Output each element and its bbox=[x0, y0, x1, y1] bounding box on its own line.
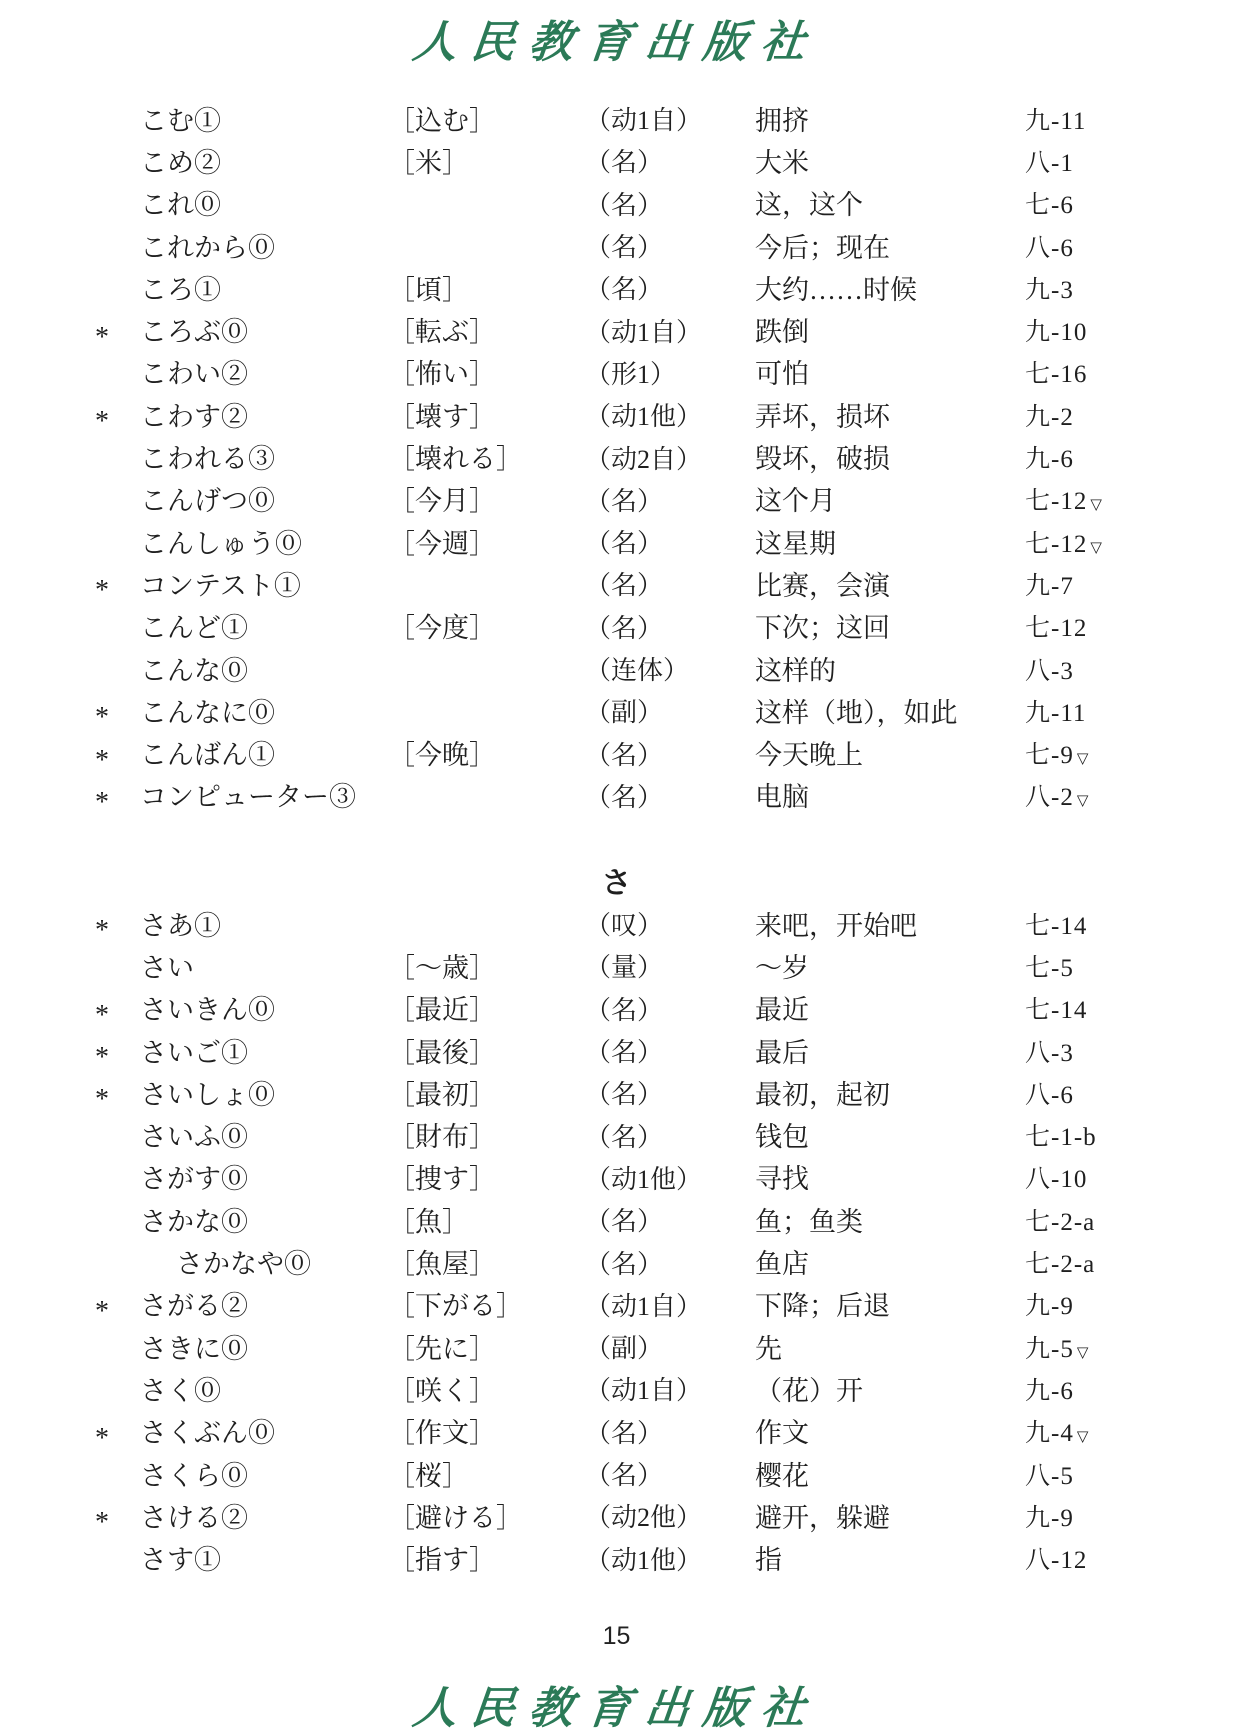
lesson-reference: 七-12 bbox=[1025, 616, 1233, 641]
part-of-speech: （副） bbox=[585, 1336, 755, 1362]
section-header-sa: さ bbox=[0, 819, 1233, 905]
star-marker: * bbox=[95, 1086, 140, 1114]
lesson-reference: 八-2▽ bbox=[1025, 785, 1233, 810]
part-of-speech: （动1自） bbox=[585, 320, 755, 346]
meaning-chinese: 来吧，开始吧 bbox=[755, 913, 1025, 940]
word-kana: ころぶ⓪ bbox=[140, 319, 388, 346]
word-kana: さく⓪ bbox=[140, 1378, 388, 1405]
word-kana: さいしょ⓪ bbox=[140, 1082, 388, 1109]
lesson-reference-text: 七-2-a bbox=[1025, 1251, 1095, 1278]
word-kanji: ［先に］ bbox=[388, 1336, 585, 1363]
vocab-row: * さくぶん⓪ ［作文］ （名） 作文 九-4▽ bbox=[0, 1413, 1233, 1455]
vocab-row: さす① ［指す］ （动1他） 指 八-12 bbox=[0, 1539, 1233, 1581]
lesson-reference: 九-6 bbox=[1025, 1379, 1233, 1404]
vocab-row: さかなや⓪ ［魚屋］ （名） 鱼店 七-2-a bbox=[0, 1243, 1233, 1285]
meaning-chinese: 樱花 bbox=[755, 1463, 1025, 1490]
lesson-reference-text: 七-12 bbox=[1025, 531, 1087, 558]
part-of-speech: （名） bbox=[585, 1252, 755, 1278]
meaning-chinese: 弄坏，损坏 bbox=[755, 404, 1025, 431]
meaning-chinese: 最初，起初 bbox=[755, 1082, 1025, 1109]
part-of-speech: （副） bbox=[585, 700, 755, 726]
part-of-speech: （名） bbox=[585, 277, 755, 303]
triangle-mark: ▽ bbox=[1077, 1429, 1090, 1445]
word-kana: こわい② bbox=[140, 361, 388, 388]
word-kana: こんしゅう⓪ bbox=[140, 531, 388, 558]
triangle-mark: ▽ bbox=[1077, 751, 1090, 767]
meaning-chinese: 作文 bbox=[755, 1420, 1025, 1447]
lesson-reference-text: 八-3 bbox=[1025, 1040, 1074, 1067]
triangle-mark: ▽ bbox=[1077, 793, 1090, 809]
triangle-mark: ▽ bbox=[1090, 497, 1103, 513]
word-kana: さあ① bbox=[140, 913, 388, 940]
meaning-chinese: 下降；后退 bbox=[755, 1293, 1025, 1320]
word-kana: さくぶん⓪ bbox=[140, 1420, 388, 1447]
part-of-speech: （叹） bbox=[585, 913, 755, 939]
lesson-reference: 八-3 bbox=[1025, 659, 1233, 684]
part-of-speech: （动1他） bbox=[585, 1167, 755, 1193]
lesson-reference-text: 九-11 bbox=[1025, 108, 1086, 135]
vocab-row: * さあ① （叹） 来吧，开始吧 七-14 bbox=[0, 905, 1233, 947]
vocab-row: これから⓪ （名） 今后；现在 八-6 bbox=[0, 227, 1233, 269]
lesson-reference: 七-2-a bbox=[1025, 1252, 1233, 1277]
page-number: 15 bbox=[0, 1622, 1233, 1651]
triangle-mark: ▽ bbox=[1077, 1345, 1090, 1361]
word-kanji: ［財布］ bbox=[388, 1124, 585, 1151]
meaning-chinese: 鱼；鱼类 bbox=[755, 1209, 1025, 1236]
vocab-table-ko-section: こむ① ［込む］ （动1自） 拥挤 九-11 こめ② ［米］ （名） 大米 八-… bbox=[0, 100, 1233, 819]
part-of-speech: （动1自） bbox=[585, 108, 755, 134]
word-kanji: ［下がる］ bbox=[388, 1293, 585, 1320]
word-kana: さかな⓪ bbox=[140, 1209, 388, 1236]
word-kana: さがす⓪ bbox=[140, 1166, 388, 1193]
lesson-reference: 七-12▽ bbox=[1025, 532, 1233, 557]
meaning-chinese: 这样（地），如此 bbox=[755, 700, 1025, 727]
part-of-speech: （名） bbox=[585, 193, 755, 219]
meaning-chinese: 电脑 bbox=[755, 784, 1025, 811]
meaning-chinese: 鱼店 bbox=[755, 1251, 1025, 1278]
vocab-row: * こんばん① ［今晚］ （名） 今天晚上 七-9▽ bbox=[0, 734, 1233, 776]
vocab-row: こむ① ［込む］ （动1自） 拥挤 九-11 bbox=[0, 100, 1233, 142]
word-kana: こんなに⓪ bbox=[140, 700, 388, 727]
lesson-reference-text: 八-10 bbox=[1025, 1166, 1087, 1193]
vocab-row: こんしゅう⓪ ［今週］ （名） 这星期 七-12▽ bbox=[0, 523, 1233, 565]
lesson-reference-text: 九-9 bbox=[1025, 1505, 1074, 1532]
star-marker: * bbox=[95, 324, 140, 352]
lesson-reference-text: 八-5 bbox=[1025, 1463, 1074, 1490]
lesson-reference: 七-6 bbox=[1025, 193, 1233, 218]
word-kana: こんど① bbox=[140, 615, 388, 642]
vocab-row: * さける② ［避ける］ （动2他） 避开，躲避 九-9 bbox=[0, 1497, 1233, 1539]
lesson-reference: 七-14 bbox=[1025, 914, 1233, 939]
meaning-chinese: 这，这个 bbox=[755, 192, 1025, 219]
star-marker: * bbox=[95, 789, 140, 817]
meaning-chinese: 这星期 bbox=[755, 531, 1025, 558]
word-kanji: ［捜す］ bbox=[388, 1166, 585, 1193]
part-of-speech: （名） bbox=[585, 531, 755, 557]
word-kana: さいふ⓪ bbox=[140, 1124, 388, 1151]
star-marker: * bbox=[95, 577, 140, 605]
word-kanji: ［最後］ bbox=[388, 1040, 585, 1067]
word-kanji: ［壊す］ bbox=[388, 404, 585, 431]
lesson-reference-text: 九-7 bbox=[1025, 573, 1074, 600]
lesson-reference: 八-6 bbox=[1025, 1083, 1233, 1108]
part-of-speech: （动2自） bbox=[585, 447, 755, 473]
vocab-row: * さいご① ［最後］ （名） 最后 八-3 bbox=[0, 1032, 1233, 1074]
vocab-row: * コンピューター③ （名） 电脑 八-2▽ bbox=[0, 777, 1233, 819]
word-kana: さかなや⓪ bbox=[140, 1251, 388, 1278]
lesson-reference: 八-12 bbox=[1025, 1548, 1233, 1573]
lesson-reference-text: 七-12 bbox=[1025, 488, 1087, 515]
word-kana: こわす② bbox=[140, 404, 388, 431]
star-marker: * bbox=[95, 747, 140, 775]
lesson-reference: 九-2 bbox=[1025, 405, 1233, 430]
lesson-reference-text: 九-2 bbox=[1025, 404, 1074, 431]
word-kana: こんばん① bbox=[140, 742, 388, 769]
lesson-reference-text: 九-11 bbox=[1025, 700, 1086, 727]
section-header-label: さ bbox=[602, 863, 632, 905]
meaning-chinese: 先 bbox=[755, 1336, 1025, 1363]
lesson-reference-text: 八-12 bbox=[1025, 1547, 1087, 1574]
meaning-chinese: 毁坏，破损 bbox=[755, 446, 1025, 473]
meaning-chinese: （花）开 bbox=[755, 1378, 1025, 1405]
vocab-row: さい ［～歳］ （量） ～岁 七-5 bbox=[0, 947, 1233, 989]
word-kanji: ［今月］ bbox=[388, 488, 585, 515]
lesson-reference: 七-16 bbox=[1025, 362, 1233, 387]
word-kanji: ［作文］ bbox=[388, 1420, 585, 1447]
word-kanji: ［転ぶ］ bbox=[388, 319, 585, 346]
vocab-row: さくら⓪ ［桜］ （名） 樱花 八-5 bbox=[0, 1455, 1233, 1497]
lesson-reference: 九-11 bbox=[1025, 701, 1233, 726]
part-of-speech: （名） bbox=[585, 1463, 755, 1489]
part-of-speech: （名） bbox=[585, 1125, 755, 1151]
lesson-reference: 九-10 bbox=[1025, 320, 1233, 345]
meaning-chinese: 可怕 bbox=[755, 361, 1025, 388]
meaning-chinese: 大约……时候 bbox=[755, 277, 1025, 304]
word-kana: こんな⓪ bbox=[140, 658, 388, 685]
lesson-reference: 七-14 bbox=[1025, 998, 1233, 1023]
lesson-reference-text: 七-2-a bbox=[1025, 1209, 1095, 1236]
lesson-reference-text: 九-6 bbox=[1025, 446, 1074, 473]
lesson-reference-text: 七-6 bbox=[1025, 192, 1074, 219]
word-kanji: ［今度］ bbox=[388, 615, 585, 642]
lesson-reference-text: 九-3 bbox=[1025, 277, 1074, 304]
vocab-row: こんな⓪ （连体） 这样的 八-3 bbox=[0, 650, 1233, 692]
word-kana: さくら⓪ bbox=[140, 1463, 388, 1490]
part-of-speech: （名） bbox=[585, 489, 755, 515]
meaning-chinese: 这样的 bbox=[755, 658, 1025, 685]
word-kana: コンピューター③ bbox=[140, 784, 388, 811]
word-kana: こめ② bbox=[140, 150, 388, 177]
word-kanji: ［最近］ bbox=[388, 997, 585, 1024]
lesson-reference: 九-4▽ bbox=[1025, 1421, 1233, 1446]
lesson-reference-text: 七-9 bbox=[1025, 742, 1074, 769]
word-kana: さいご① bbox=[140, 1040, 388, 1067]
meaning-chinese: 最近 bbox=[755, 997, 1025, 1024]
lesson-reference: 九-9 bbox=[1025, 1506, 1233, 1531]
lesson-reference-text: 七-14 bbox=[1025, 997, 1087, 1024]
word-kanji: ［頃］ bbox=[388, 277, 585, 304]
word-kana: こんげつ⓪ bbox=[140, 488, 388, 515]
star-marker: * bbox=[95, 1298, 140, 1326]
star-marker: * bbox=[95, 1044, 140, 1072]
lesson-reference: 九-7 bbox=[1025, 574, 1233, 599]
lesson-reference: 七-12▽ bbox=[1025, 489, 1233, 514]
word-kanji: ［咲く］ bbox=[388, 1378, 585, 1405]
vocab-row: こわい② ［怖い］ （形1） 可怕 七-16 bbox=[0, 354, 1233, 396]
lesson-reference: 九-3 bbox=[1025, 278, 1233, 303]
lesson-reference-text: 八-2 bbox=[1025, 784, 1074, 811]
part-of-speech: （名） bbox=[585, 1421, 755, 1447]
lesson-reference: 九-11 bbox=[1025, 109, 1233, 134]
word-kana: さいきん⓪ bbox=[140, 997, 388, 1024]
lesson-reference: 九-6 bbox=[1025, 447, 1233, 472]
lesson-reference-text: 八-3 bbox=[1025, 658, 1074, 685]
publisher-logo-bottom: 人民教育出版社 bbox=[0, 1672, 1233, 1736]
lesson-reference: 七-5 bbox=[1025, 956, 1233, 981]
part-of-speech: （动1他） bbox=[585, 1548, 755, 1574]
vocab-row: * さいきん⓪ ［最近］ （名） 最近 七-14 bbox=[0, 990, 1233, 1032]
meaning-chinese: 大米 bbox=[755, 150, 1025, 177]
part-of-speech: （形1） bbox=[585, 362, 755, 388]
lesson-reference-text: 七-16 bbox=[1025, 361, 1087, 388]
lesson-reference: 七-2-a bbox=[1025, 1210, 1233, 1235]
part-of-speech: （量） bbox=[585, 955, 755, 981]
meaning-chinese: 跌倒 bbox=[755, 319, 1025, 346]
word-kana: これから⓪ bbox=[140, 235, 388, 262]
triangle-mark: ▽ bbox=[1090, 540, 1103, 556]
part-of-speech: （动2他） bbox=[585, 1505, 755, 1531]
vocab-row: さがす⓪ ［捜す］ （动1他） 寻找 八-10 bbox=[0, 1159, 1233, 1201]
vocab-row: こんど① ［今度］ （名） 下次；这回 七-12 bbox=[0, 608, 1233, 650]
lesson-reference: 八-3 bbox=[1025, 1041, 1233, 1066]
word-kanji: ［今週］ bbox=[388, 531, 585, 558]
star-marker: * bbox=[95, 1002, 140, 1030]
vocab-row: * ころぶ⓪ ［転ぶ］ （动1自） 跌倒 九-10 bbox=[0, 311, 1233, 353]
word-kanji: ［避ける］ bbox=[388, 1505, 585, 1532]
meaning-chinese: 今天晚上 bbox=[755, 742, 1025, 769]
part-of-speech: （名） bbox=[585, 616, 755, 642]
word-kanji: ［壊れる］ bbox=[388, 446, 585, 473]
word-kana: さい bbox=[140, 955, 388, 982]
lesson-reference: 八-1 bbox=[1025, 151, 1233, 176]
lesson-reference-text: 九-10 bbox=[1025, 319, 1087, 346]
meaning-chinese: 最后 bbox=[755, 1040, 1025, 1067]
vocab-row: こわれる③ ［壊れる］ （动2自） 毁坏，破损 九-6 bbox=[0, 438, 1233, 480]
lesson-reference-text: 七-14 bbox=[1025, 913, 1087, 940]
lesson-reference-text: 九-9 bbox=[1025, 1293, 1074, 1320]
meaning-chinese: 钱包 bbox=[755, 1124, 1025, 1151]
publisher-logo-top: 人民教育出版社 bbox=[0, 6, 1233, 70]
word-kana: コンテスト① bbox=[140, 573, 388, 600]
star-marker: * bbox=[95, 704, 140, 732]
word-kana: ころ① bbox=[140, 277, 388, 304]
word-kanji: ［指す］ bbox=[388, 1547, 585, 1574]
part-of-speech: （名） bbox=[585, 743, 755, 769]
word-kanji: ［魚屋］ bbox=[388, 1251, 585, 1278]
word-kana: こむ① bbox=[140, 108, 388, 135]
lesson-reference-text: 九-5 bbox=[1025, 1336, 1074, 1363]
meaning-chinese: 比赛，会演 bbox=[755, 573, 1025, 600]
meaning-chinese: 避开，躲避 bbox=[755, 1505, 1025, 1532]
vocab-row: さかな⓪ ［魚］ （名） 鱼；鱼类 七-2-a bbox=[0, 1201, 1233, 1243]
part-of-speech: （动1他） bbox=[585, 404, 755, 430]
lesson-reference: 九-5▽ bbox=[1025, 1337, 1233, 1362]
star-marker: * bbox=[95, 917, 140, 945]
part-of-speech: （名） bbox=[585, 1209, 755, 1235]
meaning-chinese: 今后；现在 bbox=[755, 235, 1025, 262]
part-of-speech: （名） bbox=[585, 785, 755, 811]
word-kanji: ［魚］ bbox=[388, 1209, 585, 1236]
lesson-reference-text: 九-4 bbox=[1025, 1420, 1074, 1447]
part-of-speech: （动1自） bbox=[585, 1378, 755, 1404]
meaning-chinese: ～岁 bbox=[755, 955, 1025, 982]
lesson-reference-text: 八-6 bbox=[1025, 1082, 1074, 1109]
vocab-row: さきに⓪ ［先に］ （副） 先 九-5▽ bbox=[0, 1328, 1233, 1370]
meaning-chinese: 这个月 bbox=[755, 488, 1025, 515]
vocab-row: さく⓪ ［咲く］ （动1自） （花）开 九-6 bbox=[0, 1370, 1233, 1412]
meaning-chinese: 寻找 bbox=[755, 1166, 1025, 1193]
vocab-row: * コンテスト① （名） 比赛，会演 九-7 bbox=[0, 565, 1233, 607]
word-kanji: ［込む］ bbox=[388, 108, 585, 135]
word-kana: さがる② bbox=[140, 1293, 388, 1320]
vocab-row: * さいしょ⓪ ［最初］ （名） 最初，起初 八-6 bbox=[0, 1074, 1233, 1116]
star-marker: * bbox=[95, 1425, 140, 1453]
lesson-reference-text: 八-6 bbox=[1025, 235, 1074, 262]
word-kana: さける② bbox=[140, 1505, 388, 1532]
vocab-table-sa-section: * さあ① （叹） 来吧，开始吧 七-14 さい ［～歳］ （量） ～岁 七-5… bbox=[0, 905, 1233, 1582]
vocab-row: * こんなに⓪ （副） 这样（地），如此 九-11 bbox=[0, 692, 1233, 734]
lesson-reference-text: 八-1 bbox=[1025, 150, 1074, 177]
part-of-speech: （名） bbox=[585, 573, 755, 599]
part-of-speech: （名） bbox=[585, 235, 755, 261]
lesson-reference: 九-9 bbox=[1025, 1294, 1233, 1319]
meaning-chinese: 下次；这回 bbox=[755, 615, 1025, 642]
lesson-reference: 七-9▽ bbox=[1025, 743, 1233, 768]
vocab-row: * さがる② ［下がる］ （动1自） 下降；后退 九-9 bbox=[0, 1286, 1233, 1328]
word-kanji: ［米］ bbox=[388, 150, 585, 177]
word-kanji: ［桜］ bbox=[388, 1463, 585, 1490]
lesson-reference: 七-1-b bbox=[1025, 1125, 1233, 1150]
word-kana: こわれる③ bbox=[140, 446, 388, 473]
part-of-speech: （名） bbox=[585, 1040, 755, 1066]
lesson-reference-text: 九-6 bbox=[1025, 1378, 1074, 1405]
lesson-reference-text: 七-12 bbox=[1025, 615, 1087, 642]
vocab-row: さいふ⓪ ［財布］ （名） 钱包 七-1-b bbox=[0, 1116, 1233, 1158]
word-kanji: ［今晚］ bbox=[388, 742, 585, 769]
part-of-speech: （名） bbox=[585, 998, 755, 1024]
lesson-reference: 八-5 bbox=[1025, 1464, 1233, 1489]
word-kanji: ［～歳］ bbox=[388, 955, 585, 982]
vocab-row: * こわす② ［壊す］ （动1他） 弄坏，损坏 九-2 bbox=[0, 396, 1233, 438]
vocab-row: こめ② ［米］ （名） 大米 八-1 bbox=[0, 142, 1233, 184]
star-marker: * bbox=[95, 408, 140, 436]
part-of-speech: （名） bbox=[585, 1082, 755, 1108]
word-kanji: ［最初］ bbox=[388, 1082, 585, 1109]
lesson-reference-text: 七-5 bbox=[1025, 955, 1074, 982]
word-kana: さきに⓪ bbox=[140, 1336, 388, 1363]
meaning-chinese: 拥挤 bbox=[755, 108, 1025, 135]
part-of-speech: （连体） bbox=[585, 658, 755, 684]
part-of-speech: （名） bbox=[585, 150, 755, 176]
word-kana: さす① bbox=[140, 1547, 388, 1574]
lesson-reference-text: 七-1-b bbox=[1025, 1124, 1097, 1151]
vocab-row: こんげつ⓪ ［今月］ （名） 这个月 七-12▽ bbox=[0, 481, 1233, 523]
meaning-chinese: 指 bbox=[755, 1547, 1025, 1574]
lesson-reference: 八-6 bbox=[1025, 236, 1233, 261]
vocab-row: これ⓪ （名） 这，这个 七-6 bbox=[0, 185, 1233, 227]
word-kana: これ⓪ bbox=[140, 192, 388, 219]
star-marker: * bbox=[95, 1509, 140, 1537]
word-kanji: ［怖い］ bbox=[388, 361, 585, 388]
vocab-row: ころ① ［頃］ （名） 大约……时候 九-3 bbox=[0, 269, 1233, 311]
lesson-reference: 八-10 bbox=[1025, 1167, 1233, 1192]
part-of-speech: （动1自） bbox=[585, 1294, 755, 1320]
